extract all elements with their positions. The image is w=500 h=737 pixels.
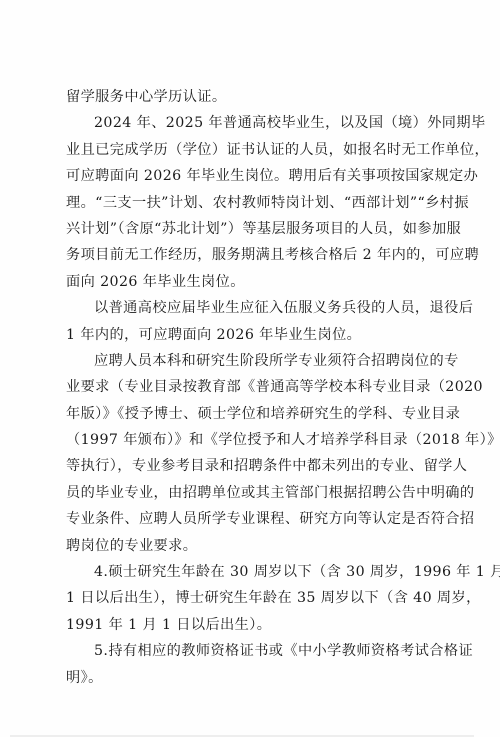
text-line: 明》。 (66, 665, 436, 691)
document-body: 留学服务中心学历认证。 2024 年、2025 年普通高校毕业生，以及国（境）外… (66, 84, 436, 691)
text-line: 留学服务中心学历认证。 (66, 84, 436, 110)
text-line: 应聘人员本科和研究生阶段所学专业须符合招聘岗位的专 (66, 348, 436, 374)
paragraph-teacher-certificate: 5.持有相应的教师资格证书或《中小学教师资格考试合格证 明》。 (66, 638, 436, 691)
paragraph-age-requirement: 4.硕士研究生年龄在 30 周岁以下（含 30 周岁，1996 年 1 月 1 … (66, 559, 436, 638)
text-line: 2024 年、2025 年普通高校毕业生，以及国（境）外同期毕 (66, 110, 436, 136)
text-line: 4.硕士研究生年龄在 30 周岁以下（含 30 周岁，1996 年 1 月 (66, 559, 436, 585)
text-line: （1997 年颁布）》和《学位授予和人才培养学科目录（2018 年）》 (66, 427, 436, 453)
text-line: 年版）》《授予博士、硕士学位和培养研究生的学科、专业目录 (66, 401, 436, 427)
text-line: 可应聘面向 2026 年毕业生岗位。聘用后有关事项按国家规定办 (66, 163, 436, 189)
paragraph-major-requirements: 应聘人员本科和研究生阶段所学专业须符合招聘岗位的专 业要求（专业目录按教育部《普… (66, 348, 436, 559)
text-line: 以普通高校应届毕业生应征入伍服义务兵役的人员，退役后 (66, 295, 436, 321)
document-page: 留学服务中心学历认证。 2024 年、2025 年普通高校毕业生，以及国（境）外… (0, 0, 500, 737)
text-line: 理。“三支一扶”计划、农村教师特岗计划、“西部计划”“乡村振 (66, 190, 436, 216)
text-line: 业且已完成学历（学位）证书认证的人员，如报名时无工作单位， (66, 137, 436, 163)
paragraph-military-service: 以普通高校应届毕业生应征入伍服义务兵役的人员，退役后 1 年内的，可应聘面向 2… (66, 295, 436, 348)
text-line: 兴计划”（含原“苏北计划”）等基层服务项目的人员，如参加服 (66, 216, 436, 242)
text-line: 1991 年 1 月 1 日以后出生）。 (66, 612, 436, 638)
text-line: 1 日以后出生），博士研究生年龄在 35 周岁以下（含 40 周岁， (66, 585, 436, 611)
text-line: 5.持有相应的教师资格证书或《中小学教师资格考试合格证 (66, 638, 436, 664)
text-line: 业要求（专业目录按教育部《普通高等学校本科专业目录（2020 (66, 374, 436, 400)
text-line: 务项目前无工作经历，服务期满且考核合格后 2 年内的，可应聘 (66, 242, 436, 268)
text-line: 面向 2026 年毕业生岗位。 (66, 269, 436, 295)
text-line: 专业条件、应聘人员所学专业课程、研究方向等认定是否符合招 (66, 506, 436, 532)
text-line: 聘岗位的专业要求。 (66, 533, 436, 559)
text-line: 员的毕业专业，由招聘单位或其主管部门根据招聘公告中明确的 (66, 480, 436, 506)
paragraph-graduate-eligibility: 2024 年、2025 年普通高校毕业生，以及国（境）外同期毕 业且已完成学历（… (66, 110, 436, 295)
text-line: 等执行），专业参考目录和招聘条件中都未列出的专业、留学人 (66, 453, 436, 479)
paragraph-continuation: 留学服务中心学历认证。 (66, 84, 436, 110)
text-line: 1 年内的，可应聘面向 2026 年毕业生岗位。 (66, 322, 436, 348)
